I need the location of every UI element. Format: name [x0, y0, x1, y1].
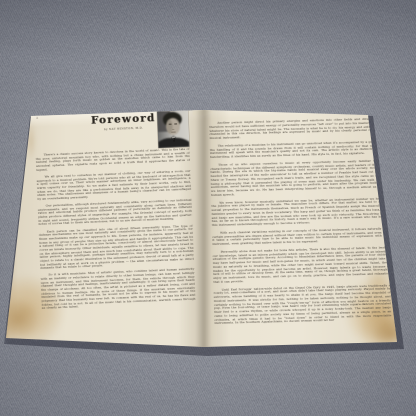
foreword-heading: Foreword	[84, 112, 162, 127]
paragraph: Each person can be classified into one o…	[39, 224, 194, 270]
left-page-body-text: There’s a classic success story known to…	[36, 148, 196, 311]
paragraph: So it is with musicians. Men of artistic…	[40, 268, 195, 311]
paragraph: The relationship of a musician to his in…	[210, 140, 387, 160]
paragraph: With such classical variations existing …	[212, 227, 389, 247]
paragraph: We even know, however musically uninitia…	[211, 197, 389, 228]
paragraph: Our personalities, although structured f…	[38, 199, 193, 227]
foreword-byline: by NAT WINSTON, M.D.	[85, 126, 163, 132]
paragraph: Those of us who expose ourselves to musi…	[210, 159, 388, 197]
paragraph: Personality alone does not make for bona…	[213, 246, 391, 284]
paragraph: Until Earl Scruggs’ nation-wide debut on…	[214, 284, 392, 326]
author-portrait-photo	[157, 109, 190, 148]
paragraph: We all give vent to ourselves in our man…	[36, 170, 191, 202]
left-page-content: 2 Foreword by NAT WINSTON, M.D.	[34, 108, 197, 342]
right-page-body-text: Another person might direct his primary …	[209, 111, 391, 326]
photo-of-open-booklet-on-fabric: 2 Foreword by NAT WINSTON, M.D.	[0, 0, 416, 416]
paragraph: Another person might direct his primary …	[209, 117, 386, 140]
right-page-content: 3 Another person might direct his primar…	[209, 111, 392, 346]
